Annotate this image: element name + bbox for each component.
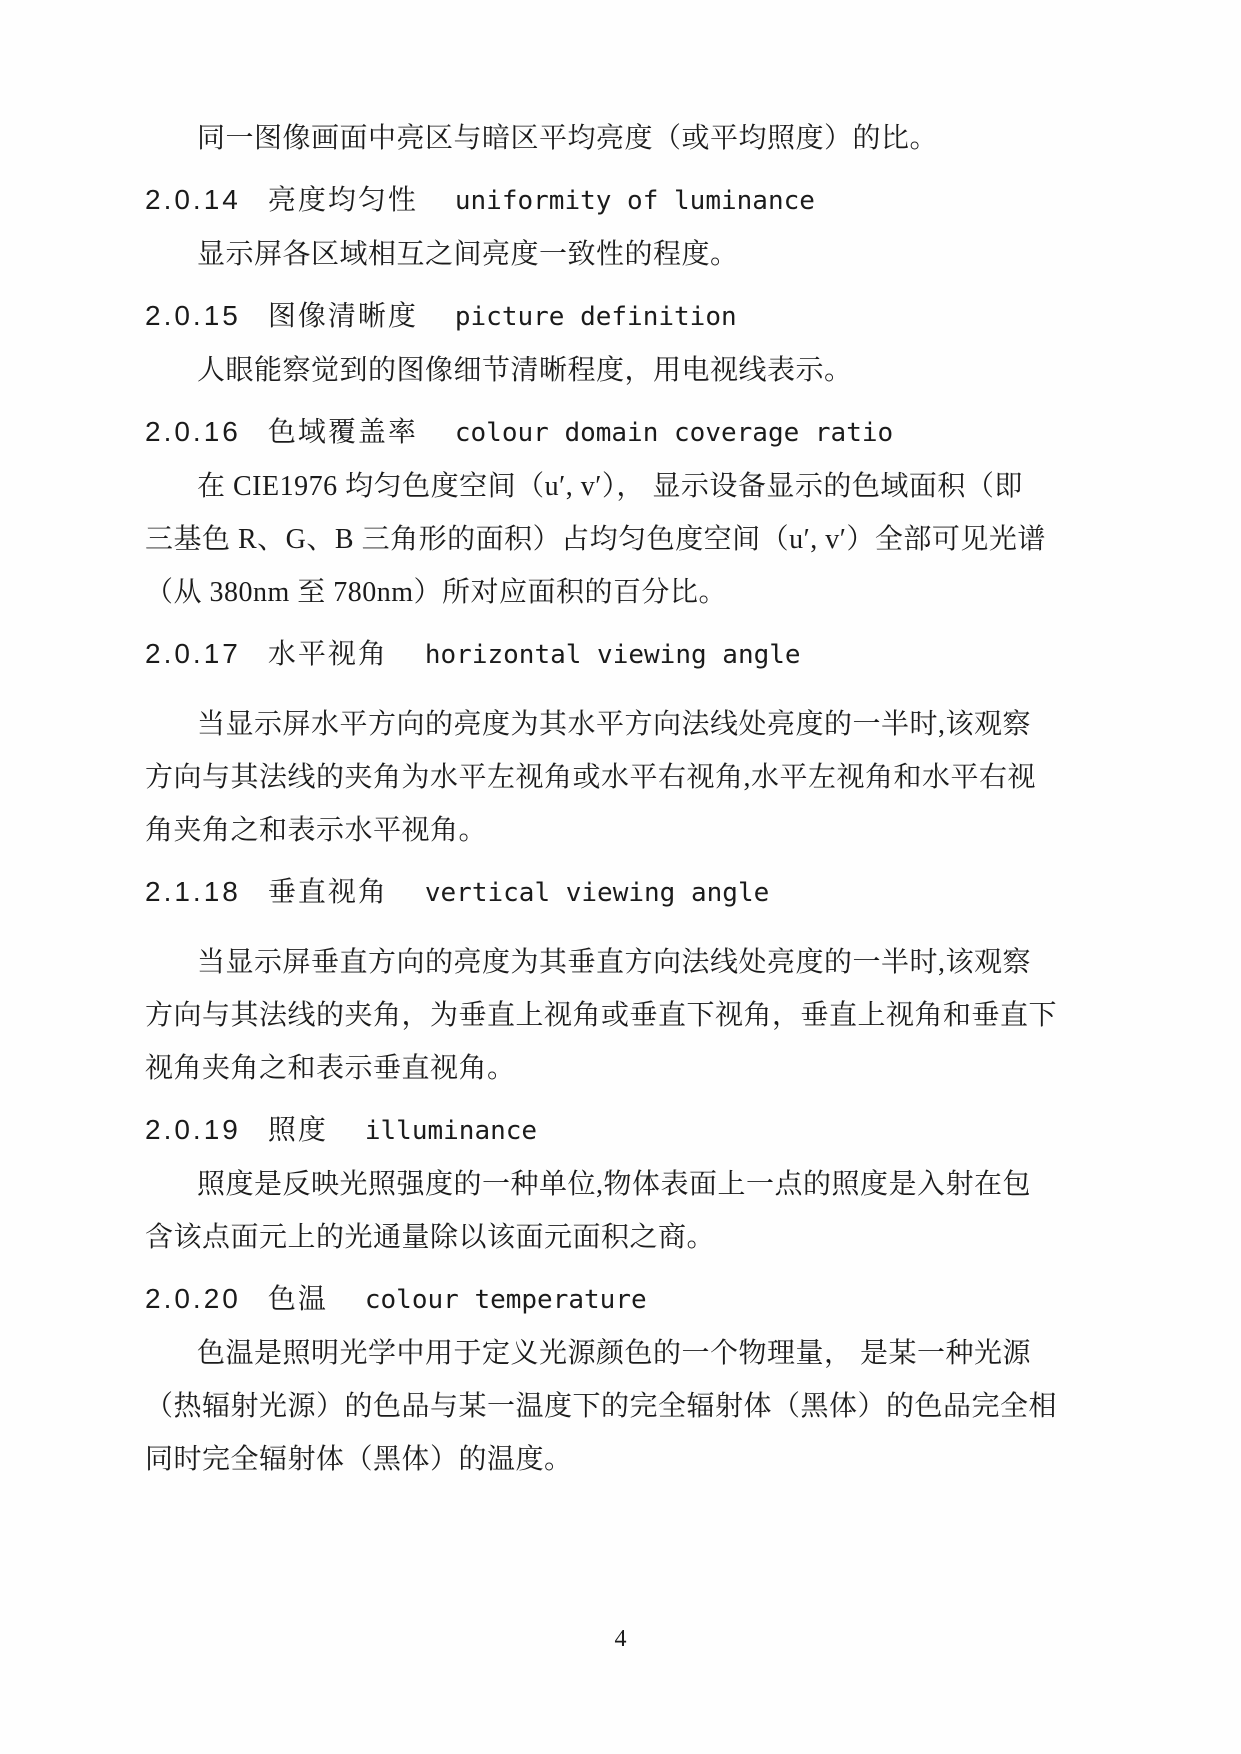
term-english: picture definition [455,302,737,332]
term-chinese: 照度 [268,1114,328,1145]
term-heading-2-0-15: 2.0.15 图像清晰度 picture definition [145,289,1080,344]
definition-line: 含该点面元上的光通量除以该面元面积之商。 [145,1211,1080,1264]
definition-line: 在 CIE1976 均匀色度空间（u′, v′）， 显示设备显示的色域面积（即 [145,460,1080,513]
definition-line: 角夹角之和表示水平视角。 [145,804,1080,857]
definition-line: 色温是照明光学中用于定义光源颜色的一个物理量， 是某一种光源 [145,1327,1080,1380]
term-heading-2-1-18: 2.1.18 垂直视角 vertical viewing angle [145,865,1080,920]
term-chinese: 垂直视角 [268,876,388,907]
term-heading-2-0-19: 2.0.19 照度 illuminance [145,1103,1080,1158]
term-english: horizontal viewing angle [425,640,801,670]
term-number: 2.0.16 [145,416,241,447]
definition-line: 同时完全辐射体（黑体）的温度。 [145,1433,1080,1486]
term-chinese: 亮度均匀性 [268,184,418,215]
term-english: vertical viewing angle [425,878,769,908]
term-number: 2.0.19 [145,1114,241,1145]
definition-line: 当显示屏垂直方向的亮度为其垂直方向法线处亮度的一半时,该观察 [145,936,1080,989]
definition-line: 人眼能察觉到的图像细节清晰程度，用电视线表示。 [145,344,1080,397]
definition-line: 三基色 R、G、B 三角形的面积）占均匀色度空间（u′, v′）全部可见光谱 [145,513,1080,566]
term-chinese: 色温 [268,1283,328,1314]
definition-line: 当显示屏水平方向的亮度为其水平方向法线处亮度的一半时,该观察 [145,698,1080,751]
page-number: 4 [615,1626,627,1652]
definition-line: （热辐射光源）的色品与某一温度下的完全辐射体（黑体）的色品完全相 [145,1380,1080,1433]
definition-line: （从 380nm 至 780nm）所对应面积的百分比。 [145,566,1080,619]
term-heading-2-0-20: 2.0.20 色温 colour temperature [145,1272,1080,1327]
definition-line: 照度是反映光照强度的一种单位,物体表面上一点的照度是入射在包 [145,1158,1080,1211]
term-chinese: 图像清晰度 [268,300,418,331]
document-body: 同一图像画面中亮区与暗区平均亮度（或平均照度）的比。 2.0.14 亮度均匀性 … [145,112,1080,1486]
term-english: colour domain coverage ratio [455,418,893,448]
term-english: illuminance [365,1116,537,1146]
definition-line: 视角夹角之和表示垂直视角。 [145,1042,1080,1095]
term-number: 2.0.15 [145,300,241,331]
page-footer: 4 [0,1626,1241,1653]
term-number: 2.1.18 [145,876,241,907]
term-chinese: 色域覆盖率 [268,416,418,447]
term-number: 2.0.17 [145,638,241,669]
term-heading-2-0-14: 2.0.14 亮度均匀性 uniformity of luminance [145,173,1080,228]
term-chinese: 水平视角 [268,638,388,669]
document-page: 同一图像画面中亮区与暗区平均亮度（或平均照度）的比。 2.0.14 亮度均匀性 … [0,0,1241,1754]
term-english: colour temperature [365,1285,647,1315]
definition-line: 方向与其法线的夹角为水平左视角或水平右视角,水平左视角和水平右视 [145,751,1080,804]
term-number: 2.0.14 [145,184,241,215]
definition-line: 方向与其法线的夹角，为垂直上视角或垂直下视角，垂直上视角和垂直下 [145,989,1080,1042]
definition-line: 显示屏各区域相互之间亮度一致性的程度。 [145,228,1080,281]
term-number: 2.0.20 [145,1283,241,1314]
term-heading-2-0-16: 2.0.16 色域覆盖率 colour domain coverage rati… [145,405,1080,460]
term-heading-2-0-17: 2.0.17 水平视角 horizontal viewing angle [145,627,1080,682]
definition-line: 同一图像画面中亮区与暗区平均亮度（或平均照度）的比。 [145,112,1080,165]
term-english: uniformity of luminance [455,186,815,216]
